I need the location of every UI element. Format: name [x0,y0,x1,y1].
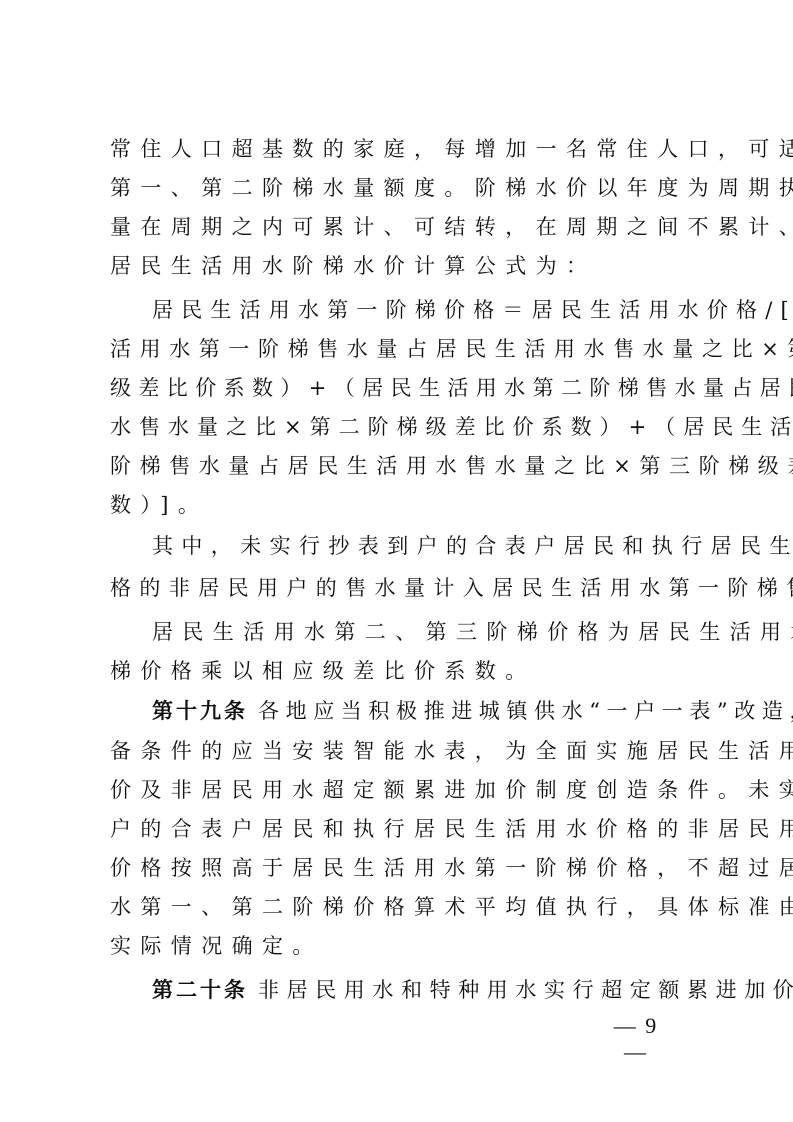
document-page: 常住人口超基数的家庭，每增加一名常住人口，可适当增加其 第一、第二阶梯水量额度。… [0,0,793,1122]
paragraph-line: 第一、第二阶梯水量额度。阶梯水价以年度为周期执行，用水 [110,175,710,201]
formula-line: 级差比价系数）+（居民生活用水第二阶梯售水量占居民生活用 [110,375,710,401]
paragraph-line: 价及非居民用水超定额累进加价制度创造条件。未实行抄表到 [110,777,710,803]
formula-line: 数）]。 [110,492,710,518]
paragraph-line: 其中，未实行抄表到户的合表户居民和执行居民生活用水价 [152,533,752,559]
paragraph-line: 水第一、第二阶梯价格算术平均值执行，具体标准由各地根据 [110,894,710,920]
article-20-first-line: 第二十条非居民用水和特种用水实行超定额累进加价制 [152,977,752,1003]
formula-line: 活用水第一阶梯售水量占居民生活用水售水量之比×第一阶梯 [110,336,710,362]
article-20-heading: 第二十条 [152,977,248,1002]
paragraph-line: 实际情况确定。 [110,933,710,959]
paragraph-line: 量在周期之内可累计、可结转，在周期之间不累计、不结转。 [110,214,710,240]
paragraph-line: 备条件的应当安装智能水表，为全面实施居民生活用水阶梯水 [110,738,710,764]
formula-line: 居民生活用水第一阶梯价格＝居民生活用水价格/[（居民生 [152,297,752,323]
formula-line: 阶梯售水量占居民生活用水售水量之比×第三阶梯级差比价系 [110,453,710,479]
page-number: — 9 — [600,1013,672,1065]
article-19-heading: 第十九条 [152,698,248,723]
article-19-text: 各地应当积极推进城镇供水“一户一表”改造，具 [258,699,793,723]
paragraph-line: 常住人口超基数的家庭，每增加一名常住人口，可适当增加其 [110,136,710,162]
paragraph-line: 梯价格乘以相应级差比价系数。 [110,658,710,684]
paragraph-line: 价格按照高于居民生活用水第一阶梯价格，不超过居民生活用 [110,855,710,881]
paragraph-line: 居民生活用水阶梯水价计算公式为： [110,253,710,279]
paragraph-line: 居民生活用水第二、第三阶梯价格为居民生活用水第一阶 [152,619,752,645]
paragraph-line: 格的非居民用户的售水量计入居民生活用水第一阶梯售水量。 [110,575,710,601]
paragraph-line: 户的合表户居民和执行居民生活用水价格的非居民用户，供水 [110,816,710,842]
formula-line: 水售水量之比×第二阶梯级差比价系数）+（居民生活用水第三 [110,414,710,440]
article-19-first-line: 第十九条各地应当积极推进城镇供水“一户一表”改造，具 [152,698,752,724]
article-20-text: 非居民用水和特种用水实行超定额累进加价制 [258,978,793,1002]
